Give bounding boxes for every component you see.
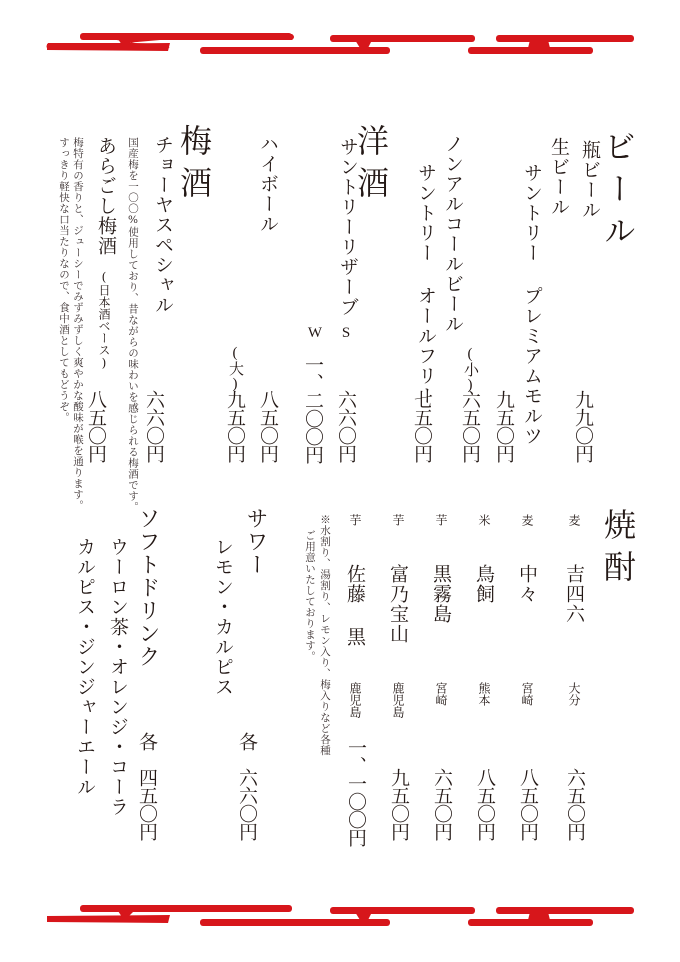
non-alcohol-beer-name: ノンアルコールビール xyxy=(443,134,462,334)
shochu-note-1: ※水割り、湯割り、レモン入り、梅入りなど各種 xyxy=(320,514,331,756)
reserve-s-label: S xyxy=(338,325,353,341)
shochu-price: 一、一〇〇円 xyxy=(346,738,365,846)
premium-malts-small-label: (小) xyxy=(462,346,477,393)
bottom-border-decoration xyxy=(0,902,680,932)
shochu-price: 六五〇円 xyxy=(432,768,451,840)
shochu-price: 八五〇円 xyxy=(475,768,494,840)
shochu-name: 中々 xyxy=(517,564,536,604)
shochu-type: 米 xyxy=(478,514,490,526)
shochu-type: 麦 xyxy=(568,514,580,526)
soft-drink-items-2: カルピス・ジンジャーエール xyxy=(75,537,94,797)
sour-items: レモン・カルピス xyxy=(213,537,232,697)
choya-special-name: チョーヤスペシャル xyxy=(153,135,172,315)
shochu-origin: 宮崎 xyxy=(521,682,533,706)
reserve-name: サントリーリザーブ xyxy=(338,137,357,317)
shochu-note-2: ご用意いたしております。 xyxy=(305,530,316,662)
highball-large-label: (大) xyxy=(227,345,242,392)
sour-each-label: 各 xyxy=(237,732,256,752)
shochu-name: 佐藤 黒 xyxy=(345,564,364,647)
premium-malts-price: 九五〇円 xyxy=(494,390,513,462)
umeshu-section-title: 梅酒 xyxy=(178,124,210,208)
draft-beer-name: 生ビール xyxy=(549,137,568,217)
sour-section-title: サワー xyxy=(244,507,266,576)
premium-malts-name: サントリー プレミアムモルツ xyxy=(522,163,541,446)
aragoshi-umeshu-price: 八五〇円 xyxy=(86,390,105,462)
soft-drink-items-1: ウーロン茶・オレンジ・コーラ xyxy=(108,537,127,817)
shochu-type: 芋 xyxy=(435,514,447,526)
all-free-name: サントリー オールフリー xyxy=(416,163,435,406)
shochu-section-title: 焼酎 xyxy=(602,508,634,592)
reserve-w-price: 一、二〇〇円 xyxy=(303,355,322,463)
all-free-price: 七五〇円 xyxy=(412,390,431,462)
aragoshi-umeshu-note: (日本酒ベース) xyxy=(98,270,110,370)
top-border-decoration xyxy=(0,30,680,60)
shochu-price: 八五〇円 xyxy=(518,768,537,840)
highball-large-price: 九五〇円 xyxy=(225,390,244,462)
shochu-origin: 鹿児島 xyxy=(392,682,404,718)
soft-drink-price: 四五〇円 xyxy=(137,768,156,840)
choya-special-price: 六六〇円 xyxy=(144,390,163,462)
shochu-price: 九五〇円 xyxy=(389,768,408,840)
shochu-type: 芋 xyxy=(349,514,361,526)
shochu-name: 吉四六 xyxy=(564,564,583,624)
soft-drink-each-label: 各 xyxy=(137,732,156,752)
reserve-s-price: 六六〇円 xyxy=(336,390,355,462)
reserve-w-label: W xyxy=(307,325,322,341)
shochu-origin: 熊本 xyxy=(478,682,490,706)
bottled-beer-name: 瓶ビール xyxy=(580,140,599,220)
shochu-price: 六五〇円 xyxy=(565,768,584,840)
sour-price: 六六〇円 xyxy=(237,768,256,840)
shochu-name: 黒霧島 xyxy=(431,564,450,624)
bottled-beer-price: 九九〇円 xyxy=(573,390,592,462)
shochu-origin: 大分 xyxy=(568,682,580,706)
shochu-origin: 宮崎 xyxy=(435,682,447,706)
highball-price: 八五〇円 xyxy=(258,390,277,462)
premium-malts-small-price: 六五〇円 xyxy=(460,390,479,462)
aragoshi-description-1: 梅特有の香りと、ジューシーでみずみずしく爽やかな酸味が喉を通ります。 xyxy=(73,137,84,511)
highball-name: ハイボール xyxy=(258,134,277,234)
choya-special-description: 国産梅を一〇〇%使用しており、昔ながらの味わいを感じられる梅酒です。 xyxy=(128,137,139,513)
soft-drink-section-title: ソフトドリンク xyxy=(136,507,158,668)
shochu-type: 芋 xyxy=(392,514,404,526)
western-liquor-section-title: 洋酒 xyxy=(355,124,387,208)
beer-section-title: ビール xyxy=(602,130,634,256)
aragoshi-description-2: すっきり軽快な口当たりなので、食中酒としてもどうぞ。 xyxy=(59,137,70,423)
shochu-type: 麦 xyxy=(521,514,533,526)
shochu-name: 富乃宝山 xyxy=(388,564,407,644)
shochu-origin: 鹿児島 xyxy=(349,682,361,718)
shochu-name: 鳥飼 xyxy=(474,564,493,604)
aragoshi-umeshu-name: あらごし梅酒 xyxy=(96,136,115,256)
